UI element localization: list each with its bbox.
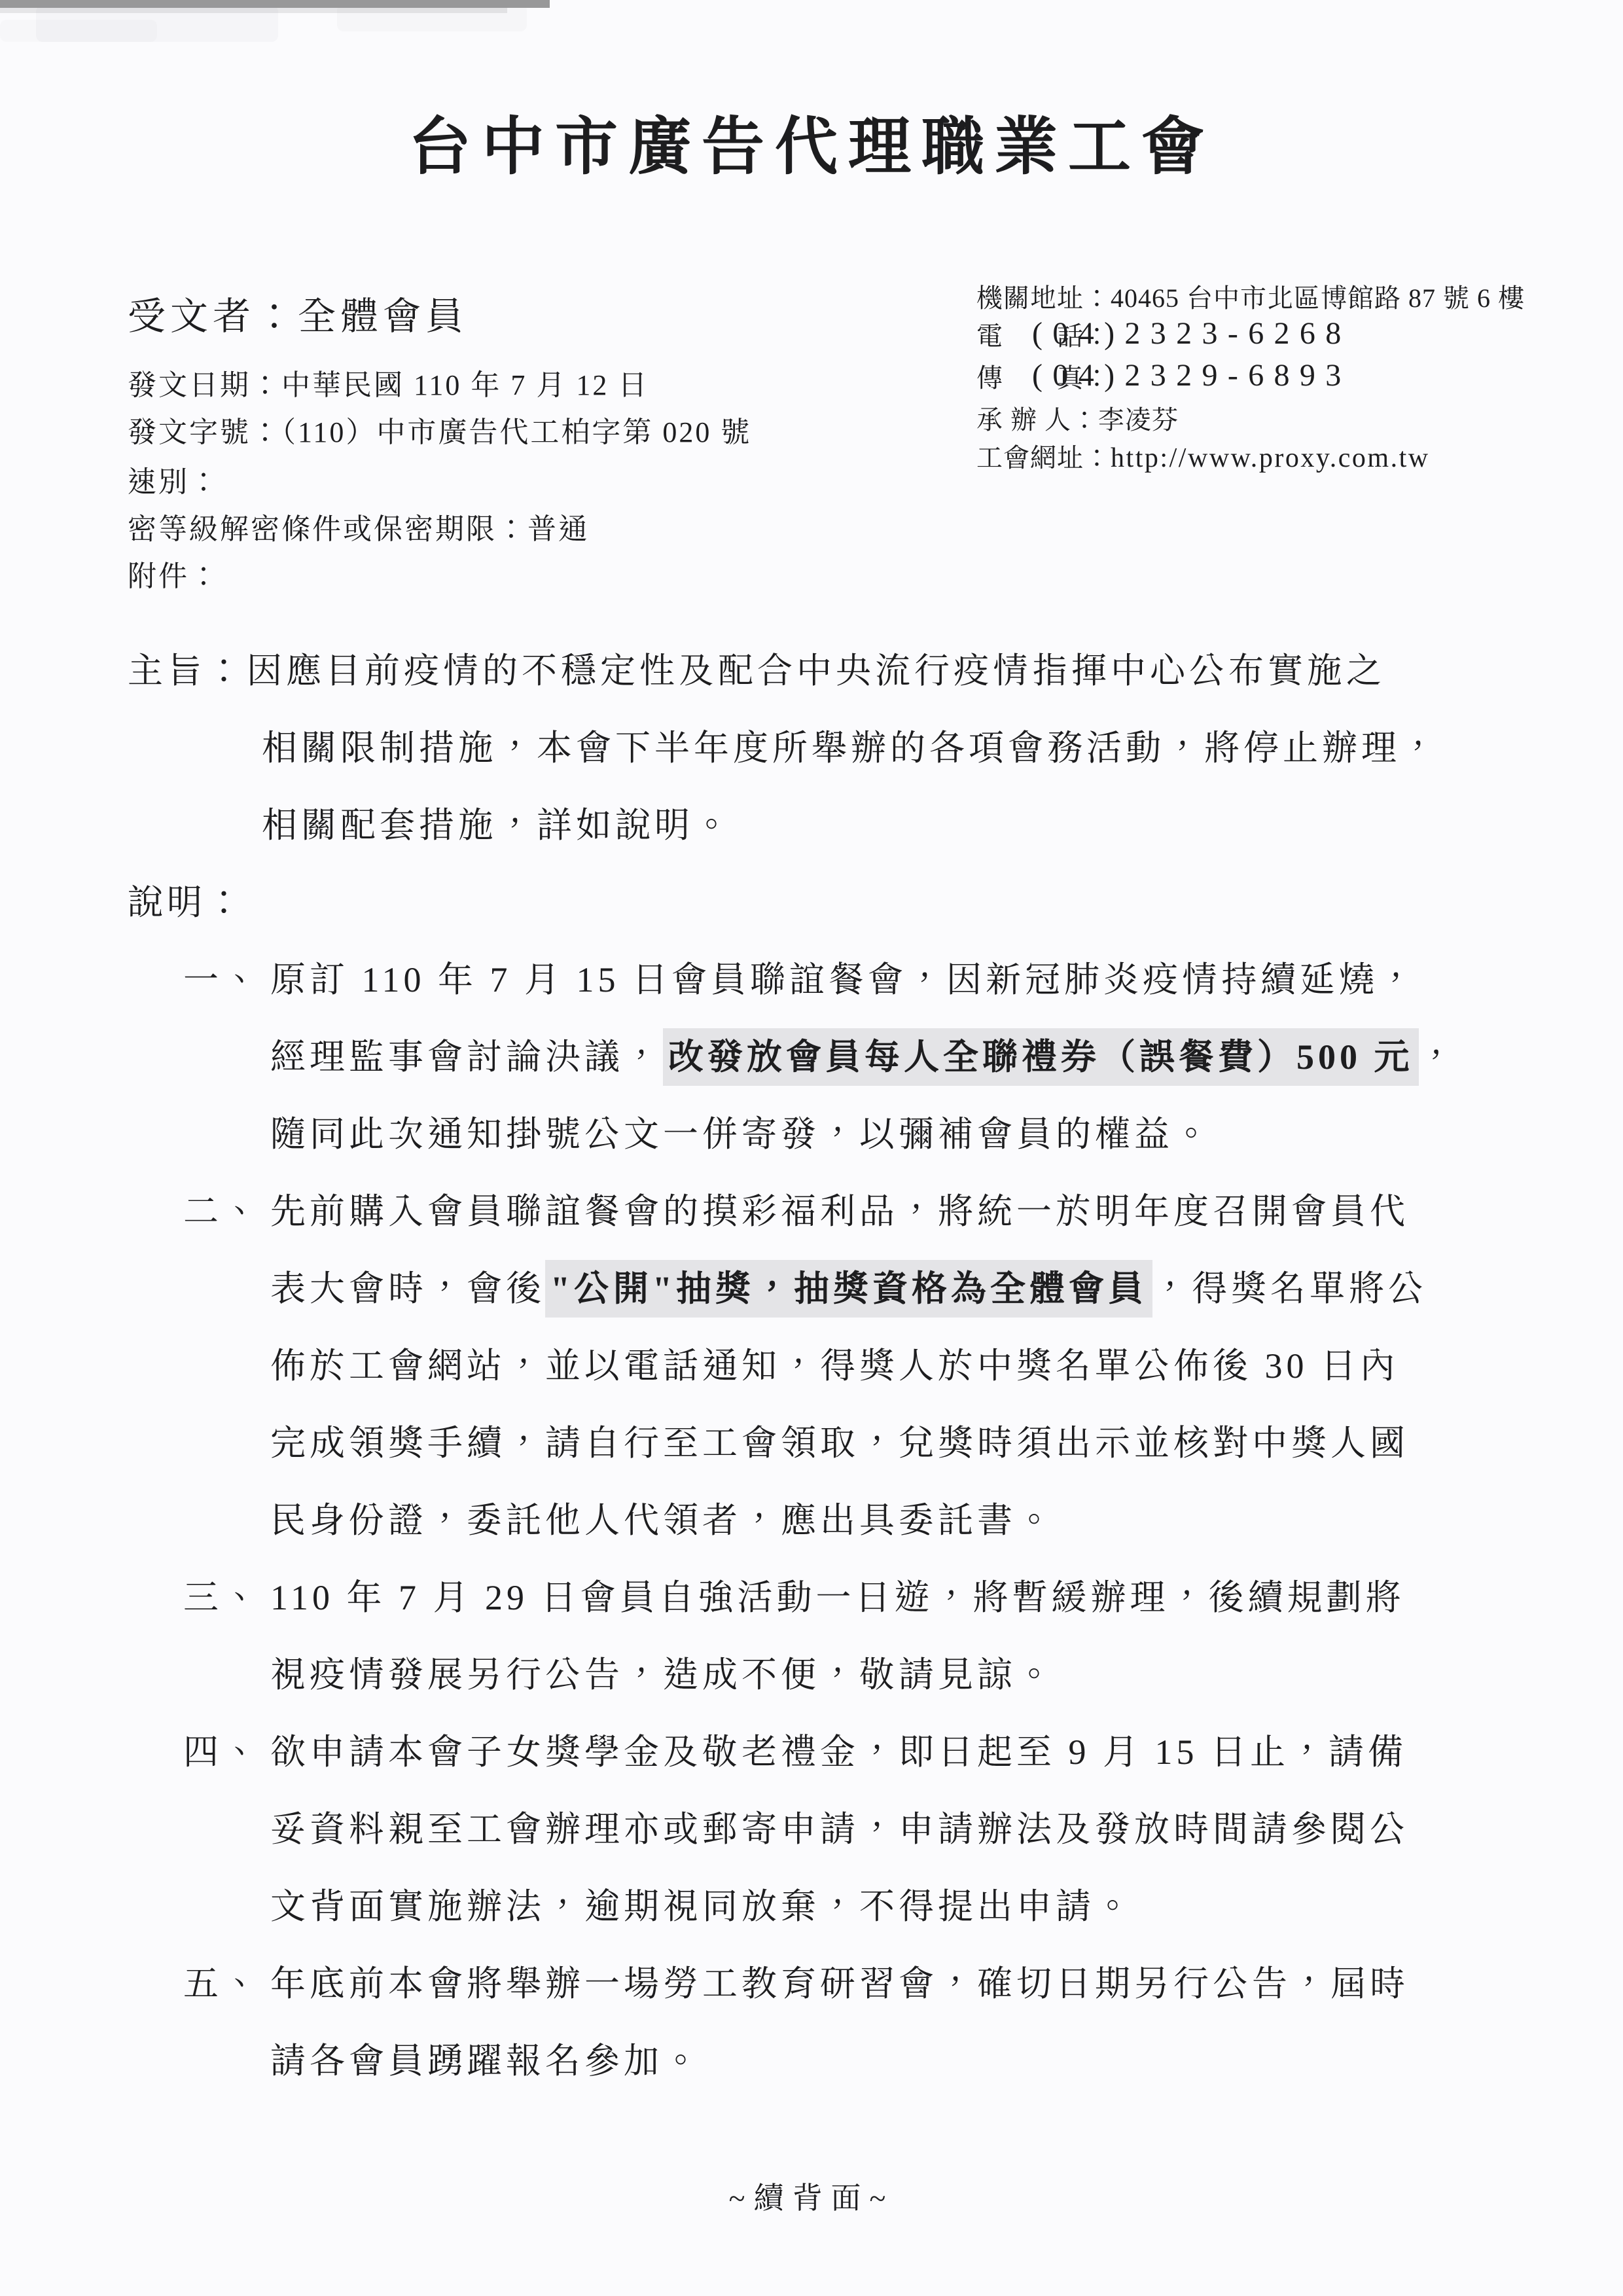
subject-line-1: 主旨：因應目前疫情的不穩定性及配合中央流行疫情指揮中心公布實施之: [128, 632, 1522, 709]
item-2-line-2: 表大會時，會後"公開"抽獎，抽獎資格為全體會員，得獎名單將公: [128, 1250, 1522, 1327]
speed-class-label: 速別：: [128, 466, 220, 498]
org-address-row: 機關地址：40465 台中市北區博館路 87 號 6 樓: [976, 278, 1525, 315]
security-row: 密等級解密條件或保密期限：普通: [128, 505, 589, 547]
item-3-number: 三、: [183, 1559, 262, 1636]
continued-on-back-note: ~續背面~: [0, 2174, 1623, 2217]
ref-number-label: 發文字號：: [128, 416, 281, 448]
item-4-line-2: 妥資料親至工會辦理亦或郵寄申請，申請辦法及發放時間請參閱公: [128, 1791, 1522, 1868]
scan-artifact: [0, 8, 507, 13]
item-2-line-4: 完成領獎手續，請自行至工會領取，兌獎時須出示並核對中獎人國: [128, 1405, 1522, 1482]
item-5-number: 五、: [183, 1945, 262, 2022]
org-phone-value: (04)2323-6268: [1032, 315, 1351, 351]
item-4-number: 四、: [183, 1713, 262, 1791]
item-2-line-1: 二、先前購入會員聯誼餐會的摸彩福利品，將統一於明年度召開會員代: [128, 1173, 1522, 1250]
org-website-value: http://www.proxy.com.tw: [1111, 443, 1430, 473]
item-1-number: 一、: [183, 941, 262, 1018]
item-4-line-1: 四、欲申請本會子女獎學金及敬老禮金，即日起至 9 月 15 日止，請備: [128, 1713, 1522, 1791]
org-address-label: 機關地址：: [976, 283, 1111, 313]
item-1-line-3: 隨同此次通知掛號公文一併寄發，以彌補會員的權益。: [128, 1096, 1522, 1173]
recipient-label: 受文者：: [128, 295, 298, 338]
item-5-line-2: 請各會員踴躍報名參加。: [128, 2022, 1522, 2100]
item-3-line-2: 視疫情發展另行公告，造成不便，敬請見諒。: [128, 1636, 1522, 1713]
item-4-line-3: 文背面實施辦法，逾期視同放棄，不得提出申請。: [128, 1868, 1522, 1945]
scan-artifact: [0, 0, 550, 8]
org-fax-value: (04)2329-6893: [1032, 357, 1351, 393]
issue-date-label: 發文日期：: [128, 369, 281, 401]
highlighted-text: "公開"抽獎，抽獎資格為全體會員: [545, 1260, 1152, 1318]
org-phone-row: 電 話：(04)2323-6268: [976, 315, 1111, 353]
recipient-line: 受文者：全體會員: [128, 285, 468, 340]
org-address-value: 40465 台中市北區博館路 87 號 6 樓: [1111, 283, 1525, 313]
org-handler-value: 李凌芬: [1098, 405, 1179, 435]
ref-number-row: 發文字號：（110）中市廣告代工柏字第 020 號: [128, 408, 751, 450]
org-website-row: 工會網址：http://www.proxy.com.tw: [976, 437, 1430, 475]
speed-class-row: 速別：: [128, 458, 220, 500]
explanation-label: 說明：: [128, 864, 1522, 941]
document-page: 台中市廣告代理職業工會 受文者：全體會員 機關地址：40465 台中市北區博館路…: [0, 0, 1623, 2296]
item-3-line-1: 三、110 年 7 月 29 日會員自強活動一日遊，將暫緩辦理，後續規劃將: [128, 1559, 1522, 1636]
recipient-value: 全體會員: [298, 295, 468, 338]
item-2-number: 二、: [183, 1173, 262, 1250]
subject-text: 因應目前疫情的不穩定性及配合中央流行疫情指揮中心公布實施之: [247, 651, 1385, 691]
item-5-line-1: 五、年底前本會將舉辦一場勞工教育研習會，確切日期另行公告，屆時: [128, 1945, 1522, 2022]
subject-line-3: 相關配套措施，詳如說明。: [128, 787, 1522, 864]
security-label: 密等級解密條件或保密期限：: [128, 513, 527, 545]
issue-date-value: 中華民國 110 年 7 月 12 日: [281, 369, 649, 401]
org-website-label: 工會網址：: [976, 443, 1111, 473]
ref-number-value: （110）中市廣告代工柏字第 020 號: [281, 416, 751, 448]
scan-artifact: [36, 5, 278, 42]
item-1-line-1: 一、原訂 110 年 7 月 15 日會員聯誼餐會，因新冠肺炎疫情持續延燒，: [128, 941, 1522, 1018]
scan-artifact: [337, 4, 527, 31]
document-body: 主旨：因應目前疫情的不穩定性及配合中央流行疫情指揮中心公布實施之 相關限制措施，…: [128, 632, 1522, 2100]
item-2-line-5: 民身份證，委託他人代領者，應出具委託書。: [128, 1482, 1522, 1559]
security-value: 普通: [527, 513, 589, 545]
org-handler-row: 承 辦 人：李凌芬: [976, 399, 1179, 437]
highlighted-text: 改發放會員每人全聯禮券（誤餐費）500 元: [663, 1028, 1419, 1086]
item-1-line-2: 經理監事會討論決議，改發放會員每人全聯禮券（誤餐費）500 元，: [128, 1018, 1522, 1096]
org-handler-label: 承 辦 人：: [976, 405, 1098, 435]
subject-line-2: 相關限制措施，本會下半年度所舉辦的各項會務活動，將停止辦理，: [128, 709, 1522, 787]
attachment-label: 附件：: [128, 560, 220, 592]
subject-label: 主旨：: [128, 651, 245, 691]
attachment-row: 附件：: [128, 552, 220, 594]
issue-date-row: 發文日期：中華民國 110 年 7 月 12 日: [128, 361, 649, 403]
page-title: 台中市廣告代理職業工會: [0, 97, 1623, 187]
scan-artifact: [0, 20, 157, 42]
item-2-line-3: 佈於工會網站，並以電話通知，得獎人於中獎名單公佈後 30 日內: [128, 1327, 1522, 1405]
org-fax-row: 傳 真：(04)2329-6893: [976, 357, 1111, 395]
